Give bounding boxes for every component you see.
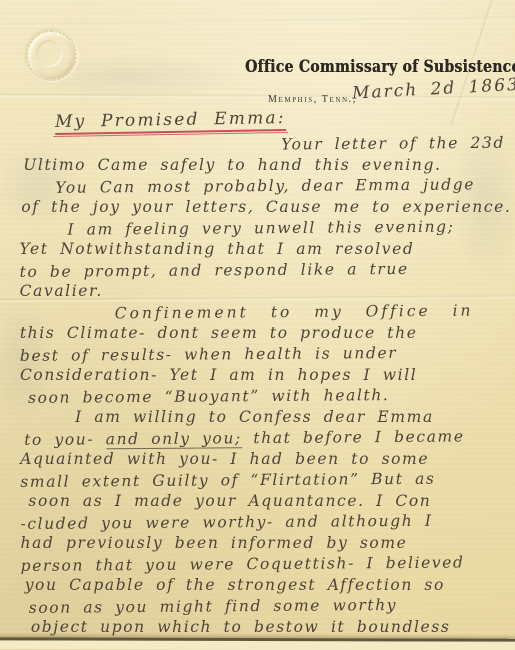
letter-line: Cavalier. xyxy=(20,281,513,302)
letter-line: Yet Notwithstanding that I am resolved xyxy=(20,239,513,260)
letter-scan: Office Commissary of Subsistence, Memphi… xyxy=(0,0,515,650)
letter-line: best of results- when health is under xyxy=(20,342,513,367)
letter-line: Ultimo Came safely to hand this evening. xyxy=(23,155,512,176)
line-segment: to you- xyxy=(24,430,106,449)
letter-line: you Capable of the strongest Affection s… xyxy=(25,575,514,596)
letter-line: Confinement to my Office in xyxy=(115,300,513,324)
letter-line: Your letter of the 23d xyxy=(281,133,512,156)
letter-line: Consideration- Yet I am in hopes I will xyxy=(20,365,513,386)
letter-body: Your letter of the 23d Ultimo Came safel… xyxy=(19,133,514,639)
letter-line: I am feeling very unwell this evening; xyxy=(67,216,512,240)
embossed-seal-icon xyxy=(26,30,77,81)
letterhead-office-line: Office Commissary of Subsistence, xyxy=(245,57,515,76)
letter-line: had previously been informed by some xyxy=(21,533,514,554)
letter-line: soon as you might find some worthy xyxy=(29,594,514,619)
letter-line: of the joy your letters, Cause me to exp… xyxy=(21,197,512,218)
letter-line: person that you were Coquettish- I belie… xyxy=(21,552,514,577)
page-bottom-edge xyxy=(0,637,515,650)
letter-line: I am willing to Confess dear Emma xyxy=(75,407,513,428)
letter-line: You Can most probably, dear Emma judge xyxy=(55,174,512,199)
letter-line: object upon which to bestow it boundless xyxy=(31,617,514,638)
letter-line: soon become “Buoyant” with health. xyxy=(28,384,513,409)
underlined-phrase: and only you; xyxy=(106,429,242,449)
letter-line: Aquainted with you- I had been to some xyxy=(20,449,513,470)
salutation-line: My Promised Emma: xyxy=(55,108,286,135)
letter-line: -cluded you were worthy- and although I xyxy=(20,510,513,535)
salutation-text: My Promised Emma: xyxy=(55,108,286,135)
letter-line: soon as I made your Aquantance. I Con xyxy=(28,491,513,512)
letter-line: small extent Guilty of “Flirtation” But … xyxy=(20,468,513,493)
letterhead-place-line: Memphis, Tenn., xyxy=(268,94,357,105)
letter-line: to be prompt, and respond like a true xyxy=(20,258,513,283)
letter-line: this Climate- dont seem to produce the xyxy=(20,323,513,344)
line-segment: that before I became xyxy=(242,427,465,447)
letter-line: to you- and only you; that before I beca… xyxy=(24,426,513,451)
paper-crease xyxy=(0,16,515,27)
